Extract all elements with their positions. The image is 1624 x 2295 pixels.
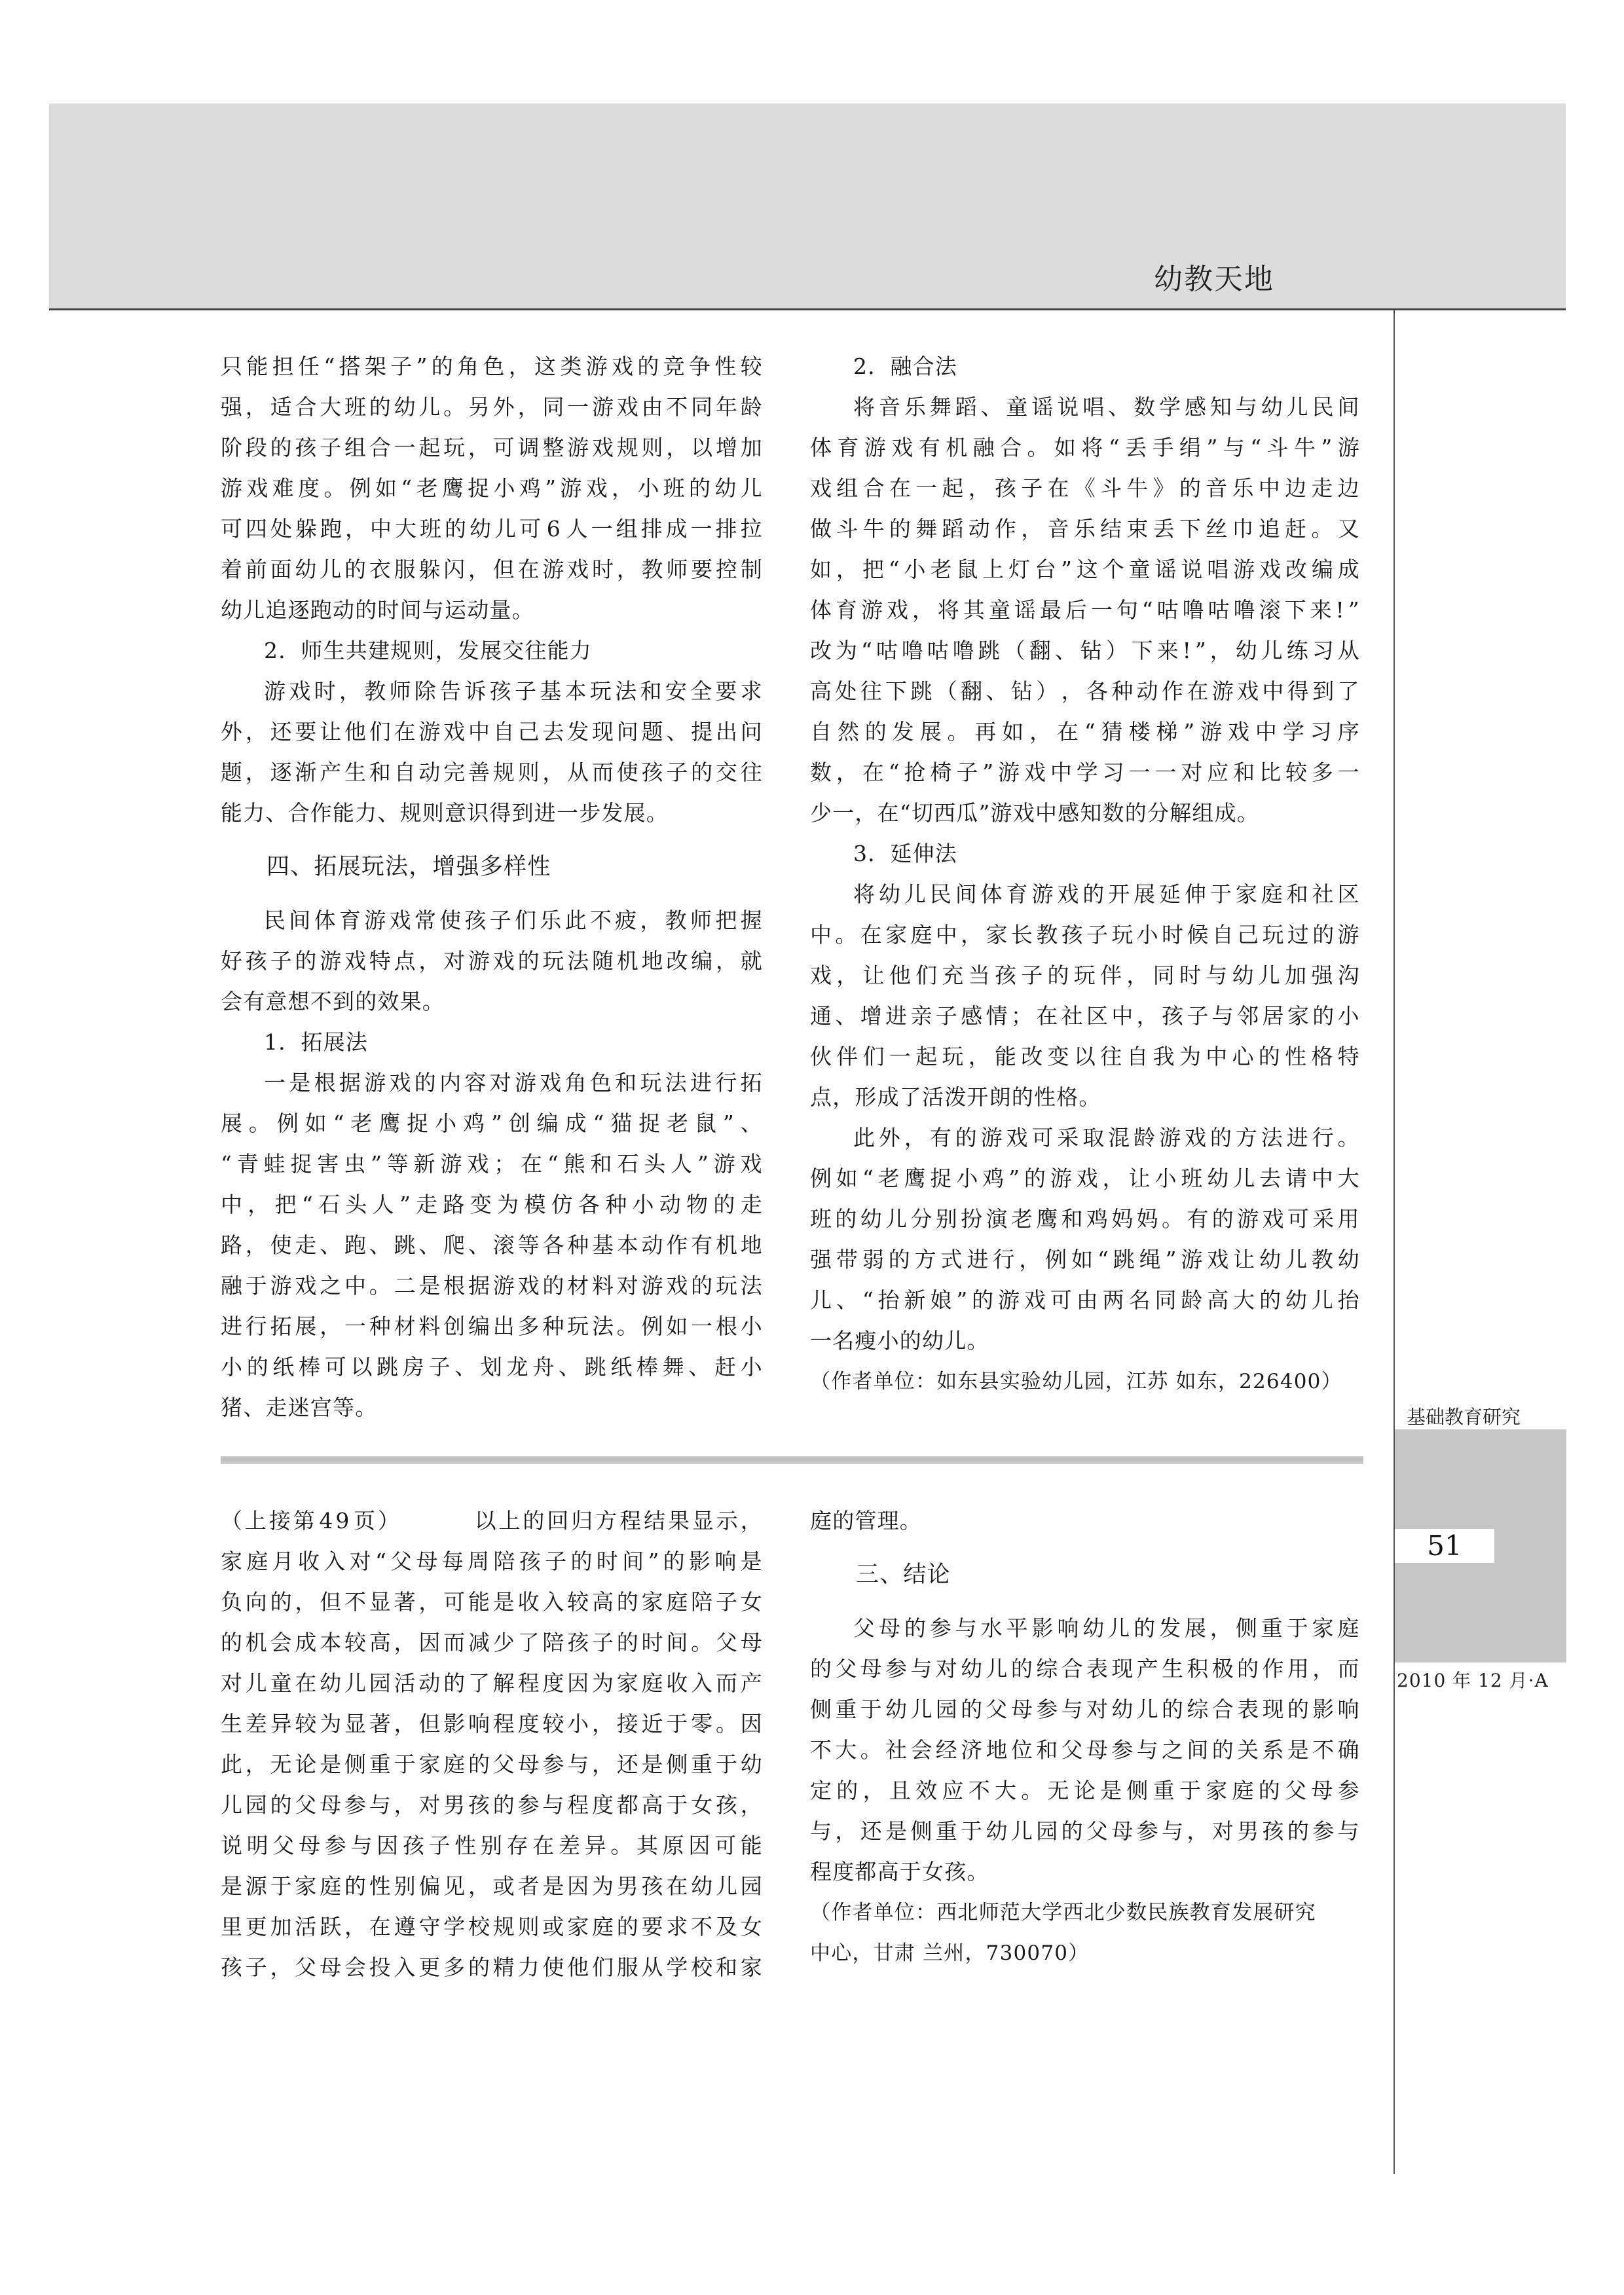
- body-line: 儿园的父母参与，对男孩的参与程度都高于女孩，: [221, 1792, 763, 1818]
- body-line: 小的纸棒可以跳房子、划龙舟、跳纸棒舞、赶小: [221, 1354, 763, 1380]
- body-line: 与，还是侧重于幼儿园的父母参与，对男孩的参与: [810, 1818, 1360, 1845]
- body-line: 通、增进亲子感情；在社区中，孩子与邻居家的小: [810, 1003, 1360, 1029]
- body-line: 外，还要让他们在游戏中自己去发现问题、提出问: [221, 719, 763, 745]
- page-number: 51: [1395, 1529, 1494, 1563]
- body-line: 数，在“抢椅子”游戏中学习一一对应和比较多一: [810, 760, 1360, 786]
- body-line: 此，无论是侧重于家庭的父母参与，还是侧重于幼: [221, 1752, 763, 1778]
- body-line: 体育游戏有机融合。如将“丢手绢”与“斗牛”游: [810, 435, 1360, 461]
- body-line: 体育游戏，将其童谣最后一句“咕噜咕噜滚下来!”: [810, 597, 1360, 623]
- body-line: 戏组合在一起，孩子在《斗牛》的音乐中边走边: [810, 475, 1360, 502]
- body-line: 父母的参与水平影响幼儿的发展，侧重于家庭: [853, 1615, 1360, 1642]
- body-line: 不大。社会经济地位和父母参与之间的关系是不确: [810, 1737, 1360, 1763]
- body-line: 生差异较为显著，但影响程度较小，接近于零。因: [221, 1711, 763, 1737]
- section-header-banner: [49, 103, 1566, 310]
- body-line: 班的幼儿分别扮演老鹰和鸡妈妈。有的游戏可采用: [810, 1206, 1360, 1232]
- author-affiliation: （作者单位：西北师范大学西北少数民族教育发展研究: [810, 1900, 1316, 1926]
- body-line: 一名瘦小的幼儿。: [810, 1328, 989, 1354]
- body-line: 家庭月收入对“父母每周陪孩子的时间”的影响是: [221, 1549, 763, 1575]
- body-line: 强带弱的方式进行，例如“跳绳”游戏让幼儿教幼: [810, 1247, 1360, 1273]
- body-line: 自然的发展。再如，在“猜楼梯”游戏中学习序: [810, 719, 1360, 745]
- body-line: 定的，且效应不大。无论是侧重于家庭的父母参: [810, 1778, 1360, 1804]
- body-line: 将音乐舞蹈、童谣说唱、数学感知与幼儿民间: [853, 394, 1360, 420]
- body-line: 民间体育游戏常使孩子们乐此不疲，教师把握: [264, 908, 763, 934]
- body-line: 会有意想不到的效果。: [221, 989, 445, 1015]
- section-heading: 四、拓展玩法，增强多样性: [267, 854, 551, 880]
- subsection-heading: 2．融合法: [853, 354, 957, 380]
- journal-name: 基础教育研究: [1407, 1403, 1521, 1429]
- body-line: 负向的，但不显著，可能是收入较高的家庭陪子女: [221, 1589, 763, 1615]
- body-line: 题，逐渐产生和自动完善规则，从而使孩子的交往: [221, 760, 763, 786]
- body-line: 游戏难度。例如“老鹰捉小鸡”游戏，小班的幼儿: [221, 475, 763, 502]
- body-line: 中，把“石头人”走路变为模仿各种小动物的走: [221, 1192, 763, 1218]
- article-divider: [221, 1456, 1363, 1464]
- body-line: 对儿童在幼儿园活动的了解程度因为家庭收入而产: [221, 1670, 763, 1697]
- body-line: 高处往下跳（翻、钻），各种动作在游戏中得到了: [810, 678, 1360, 705]
- body-line: 着前面幼儿的衣服躲闪，但在游戏时，教师要控制: [221, 557, 763, 583]
- body-line: 融于游戏之中。二是根据游戏的材料对游戏的玩法: [221, 1273, 763, 1299]
- body-line: 例如“老鹰捉小鸡”的游戏，让小班幼儿去请中大: [810, 1166, 1360, 1192]
- section-heading: 三、结论: [856, 1562, 951, 1588]
- body-line: 的机会成本较高，因而减少了陪孩子的时间。父母: [221, 1630, 763, 1656]
- section-title: 幼教天地: [1154, 255, 1274, 297]
- body-line: 中。在家庭中，家长教孩子玩小时候自己玩过的游: [810, 922, 1360, 948]
- body-line: 的父母参与对幼儿的综合表现产生积极的作用，而: [810, 1656, 1360, 1682]
- body-line: 进行拓展，一种材料创编出多种玩法。例如一根小: [221, 1313, 763, 1340]
- subsection-heading: 2．师生共建规则，发展交往能力: [264, 638, 592, 664]
- body-line: 能力、合作能力、规则意识得到进一步发展。: [221, 800, 669, 826]
- subsection-heading: 1．拓展法: [264, 1029, 368, 1056]
- body-line: 阶段的孩子组合一起玩，可调整游戏规则，以增加: [221, 435, 763, 461]
- body-line: 里更加活跃，在遵守学校规则或家庭的要求不及女: [221, 1914, 763, 1940]
- body-line: 做斗牛的舞蹈动作，音乐结束丢下丝巾追赶。又: [810, 516, 1360, 542]
- body-line: 戏，让他们充当孩子的玩伴，同时与幼儿加强沟: [810, 963, 1360, 989]
- body-line: 展。例如“老鹰捉小鸡”创编成“猫捉老鼠”、: [221, 1111, 763, 1137]
- author-affiliation: （作者单位：如东县实验幼儿园，江苏 如东，226400）: [810, 1368, 1342, 1395]
- body-line: 游戏时，教师除告诉孩子基本玩法和安全要求: [264, 678, 763, 705]
- body-line: 说明父母参与因孩子性别存在差异。其原因可能: [221, 1833, 763, 1859]
- body-line: 好孩子的游戏特点，对游戏的玩法随机地改编，就: [221, 948, 763, 974]
- body-line: 强，适合大班的幼儿。另外，同一游戏由不同年龄: [221, 394, 763, 420]
- body-line: 孩子，父母会投入更多的精力使他们服从学校和家: [221, 1955, 763, 1981]
- subsection-heading: 3．延伸法: [853, 841, 957, 867]
- body-line: 儿、“抬新娘”的游戏可由两名同龄高大的幼儿抬: [810, 1287, 1360, 1313]
- body-line: 将幼儿民间体育游戏的开展延伸于家庭和社区: [853, 881, 1360, 908]
- body-line: 可四处躲跑，中大班的幼儿可 6 人一组排成一排拉: [221, 516, 763, 542]
- body-line: 路，使走、跑、跳、爬、滚等各种基本动作有机地: [221, 1232, 763, 1258]
- body-line: 程度都高于女孩。: [810, 1859, 989, 1885]
- body-line: “青蛙捉害虫”等新游戏；在“熊和石头人”游戏: [221, 1151, 763, 1177]
- body-line: 伙伴们一起玩，能改变以往自我为中心的性格特: [810, 1044, 1360, 1070]
- body-line: 如，把“小老鼠上灯台”这个童谣说唱游戏改编成: [810, 557, 1360, 583]
- author-affiliation: 中心，甘肃 兰州，730070）: [810, 1940, 1089, 1966]
- body-line: 此外，有的游戏可采取混龄游戏的方法进行。: [853, 1125, 1360, 1151]
- continued-from-note: （上接第 49 页） 以上的回归方程结果显示，: [221, 1508, 763, 1534]
- body-line: 庭的管理。: [810, 1508, 922, 1534]
- margin-vertical-rule: [1393, 310, 1395, 2174]
- body-line: 幼儿追逐跑动的时间与运动量。: [221, 597, 534, 623]
- body-line: 猪、走迷宫等。: [221, 1395, 377, 1421]
- body-line: 只能担任“搭架子”的角色，这类游戏的竞争性较: [221, 354, 763, 380]
- body-line: 改为“咕噜咕噜跳（翻、钻）下来!”，幼儿练习从: [810, 638, 1360, 664]
- body-line: 点，形成了活泼开朗的性格。: [810, 1084, 1101, 1111]
- issue-date: 2010 年 12 月·A: [1397, 1666, 1549, 1693]
- body-line: 是源于家庭的性别偏见，或者是因为男孩在幼儿园: [221, 1873, 763, 1900]
- body-line: 少一，在“切西瓜”游戏中感知数的分解组成。: [810, 800, 1259, 826]
- body-line: 侧重于幼儿园的父母参与对幼儿的综合表现的影响: [810, 1697, 1360, 1723]
- body-line: 一是根据游戏的内容对游戏角色和玩法进行拓: [264, 1070, 763, 1096]
